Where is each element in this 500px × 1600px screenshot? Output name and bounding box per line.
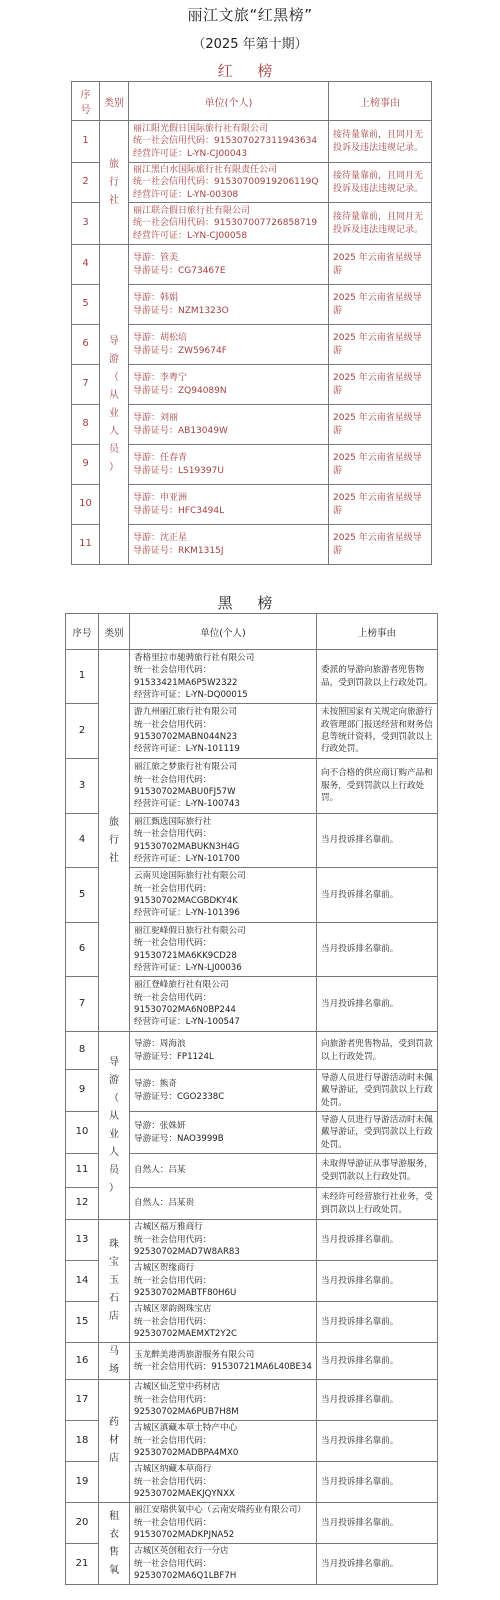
category-char: 人 (99, 1144, 129, 1162)
unit-cell: 古城区滇藏本草土特产中心统一社会信用代码：92530702MADBPA4MX0 (130, 1421, 317, 1462)
reason-cell: 当月投诉排名靠前。 (317, 1503, 438, 1544)
unit-line: 经营许可证：L-YN-101700 (134, 853, 312, 865)
reason-cell: 未取得导游证从事导游服务，受到罚款以上行政处罚。 (317, 1154, 438, 1188)
category-char: 旅 (100, 156, 128, 174)
black-list-table: 序号 类别 单位(个人) 上榜事由 1旅行社香格里拉市驰骋旅行社有限公司统一社会… (65, 613, 438, 1585)
unit-cell: 古城区福万雅商行统一社会信用代码：92530702MAD7W8AR83 (130, 1220, 317, 1261)
row-number: 18 (66, 1421, 99, 1462)
unit-line: 统一社会信用代码：915307007726858719 (133, 217, 324, 230)
reason-cell: 2025 年云南省星级导游 (329, 405, 432, 445)
row-number: 2 (72, 163, 100, 203)
unit-line: 统一社会信用代码： (134, 1275, 312, 1287)
row-number: 8 (72, 405, 100, 445)
unit-line: 91530721MA6KK9CD28 (134, 950, 312, 962)
unit-line: 经营许可证：L-YN-LJ00036 (134, 962, 312, 974)
col-header-category: 类别 (99, 614, 130, 650)
unit-cell: 丽江旅之梦旅行社有限公司统一社会信用代码：91530702MABU0FJ57W经… (130, 759, 317, 814)
row-number: 5 (72, 285, 100, 325)
row-number: 3 (72, 203, 100, 245)
reason-cell: 接待量靠前，且同月无投诉及违法违规记录。 (329, 163, 432, 203)
reason-cell: 当月投诉排名靠前。 (317, 1544, 438, 1585)
unit-line: 经营许可证：L-YN-CJ00058 (133, 230, 324, 243)
row-number: 10 (66, 1112, 99, 1154)
unit-line: 统一社会信用代码： (134, 883, 312, 895)
row-number: 17 (66, 1380, 99, 1421)
reason-cell: 当月投诉排名靠前。 (317, 814, 438, 868)
category-char: ） (99, 1180, 129, 1198)
category-char: 氧 (99, 1562, 129, 1580)
unit-cell: 丽江联合假日旅行社有限公司统一社会信用代码：915307007726858719… (129, 203, 329, 245)
unit-line: 统一社会信用代码： (134, 828, 312, 840)
row-number: 6 (66, 923, 99, 977)
table-row: 20租衣售氧丽江安瑞供氧中心（云南安瑞药业有限公司）统一社会信用代码：91530… (66, 1503, 438, 1544)
category-cell-travel-agency: 旅行社 (99, 650, 130, 1032)
unit-cell: 导游：沈正星导游证号：RKM1315J (129, 525, 329, 565)
unit-line: 导游证号：RKM1315J (133, 545, 324, 558)
category-char: 社 (100, 192, 128, 210)
unit-line: 自然人：吕某贵 (134, 1197, 312, 1209)
unit-line: 导游：管美 (133, 252, 324, 265)
category-char: 珠 (99, 1236, 129, 1254)
unit-line: 丽江旅之梦旅行社有限公司 (134, 761, 312, 773)
category-char: 玉 (99, 1272, 129, 1290)
unit-cell: 导游：任春青导游证号：LS19397U (129, 445, 329, 485)
unit-cell: 自然人：吕某 (130, 1154, 317, 1188)
unit-line: 丽江安瑞供氧中心（云南安瑞药业有限公司） (134, 1504, 312, 1516)
unit-line: 统一社会信用代码： (134, 664, 312, 676)
unit-line: 玉龙醉美港湾旅游服务有限公司 (134, 1349, 312, 1361)
table-row: 17药材店古城区仙芝堂中药材店统一社会信用代码：92530702MA6PUB7H… (66, 1380, 438, 1421)
category-char: 售 (99, 1544, 129, 1562)
unit-line: 古城区仙芝堂中药材店 (134, 1381, 312, 1393)
reason-cell: 2025 年云南省星级导游 (329, 445, 432, 485)
unit-line: 导游证号：FP1124L (134, 1051, 312, 1063)
row-number: 7 (72, 365, 100, 405)
unit-line: 经营许可证：L-YN-DQ00015 (134, 689, 312, 701)
category-char: 导 (99, 1054, 129, 1072)
unit-line: 经营许可证：L-YN-00308 (133, 189, 324, 202)
unit-cell: 古城区仙芝堂中药材店统一社会信用代码：92530702MA6PUB7H8M (130, 1380, 317, 1421)
unit-line: 经营许可证：L-YN-CJ00043 (133, 148, 324, 161)
row-number: 1 (72, 121, 100, 163)
category-char: 业 (100, 405, 128, 423)
unit-line: 导游：刘丽 (133, 412, 324, 425)
category-char: 租 (99, 1508, 129, 1526)
category-char: （ (100, 369, 128, 387)
category-char: 员 (100, 441, 128, 459)
unit-cell: 导游：李粤宁导游证号：ZQ94089N (129, 365, 329, 405)
row-number: 13 (66, 1220, 99, 1261)
reason-cell: 当月投诉排名靠前。 (317, 1220, 438, 1261)
unit-line: 云南贝途国际旅行社有限公司 (134, 870, 312, 882)
unit-line: 统一社会信用代码： (134, 937, 312, 949)
unit-line: 丽江阳光假日国际旅行社有限公司 (133, 123, 324, 136)
col-header-reason: 上榜事由 (329, 82, 432, 121)
reason-cell: 2025 年云南省星级导游 (329, 525, 432, 565)
unit-line: 导游证号：NAO3999B (134, 1133, 312, 1145)
unit-line: 91530702MACGBDKY4K (134, 895, 312, 907)
unit-line: 导游：周海浪 (134, 1038, 312, 1050)
unit-cell: 导游：刘丽导游证号：AB13049W (129, 405, 329, 445)
reason-cell: 接待量靠前，且同月无投诉及违法违规记录。 (329, 203, 432, 245)
category-char: 材 (99, 1432, 129, 1450)
unit-cell: 古城区贺缘商行统一社会信用代码：92530702MABTF80H6U (130, 1261, 317, 1302)
unit-line: 古城区滇藏本草土特产中心 (134, 1422, 312, 1434)
reason-cell: 向不合格的供应商订购产品和服务，受到罚款以上行政处罚。 (317, 759, 438, 814)
row-number: 21 (66, 1544, 99, 1585)
col-header-unit: 单位(个人) (129, 82, 329, 121)
reason-cell: 委派的导游向旅游者兜售物品，受到罚款以上行政处罚。 (317, 650, 438, 704)
unit-line: 92530702MADBPA4MX0 (134, 1447, 312, 1459)
unit-line: 丽江黑白水国际旅行社有限责任公司 (133, 164, 324, 177)
unit-line: 92530702MAEMXT2Y2C (134, 1328, 312, 1340)
row-number: 8 (66, 1032, 99, 1070)
unit-cell: 导游：熊奇导游证号：CGO2338C (130, 1070, 317, 1112)
unit-line: 导游：韩娟 (133, 292, 324, 305)
unit-line: 经营许可证：L-YN-100743 (134, 798, 312, 810)
unit-line: 游九州丽江旅行社有限公司 (134, 706, 312, 718)
unit-cell: 古城区翠韵阁珠宝店统一社会信用代码：92530702MAEMXT2Y2C (130, 1302, 317, 1343)
category-char: 场 (99, 1361, 129, 1379)
category-char: 社 (99, 850, 129, 868)
unit-line: 导游证号：HFC3494L (133, 505, 324, 518)
unit-cell: 香格里拉市驰骋旅行社有限公司统一社会信用代码：91533421MA6P5W232… (130, 650, 317, 704)
category-cell-jewelry: 珠宝玉石店 (99, 1220, 130, 1343)
category-char: 宝 (99, 1254, 129, 1272)
row-number: 1 (66, 650, 99, 704)
unit-line: 自然人：吕某 (134, 1164, 312, 1176)
unit-line: 统一社会信用代码：91530700919206119Q (133, 176, 324, 189)
unit-cell: 古城区纳藏本草商行统一社会信用代码：92530702MAEKJQYNXX (130, 1462, 317, 1503)
reason-cell: 2025 年云南省星级导游 (329, 245, 432, 285)
red-list-title: 红 榜 (0, 60, 500, 81)
category-char: 业 (99, 1126, 129, 1144)
category-cell-guide: 导游（从业人员） (99, 1032, 130, 1220)
reason-cell: 2025 年云南省星级导游 (329, 365, 432, 405)
row-number: 19 (66, 1462, 99, 1503)
reason-cell: 当月投诉排名靠前。 (317, 923, 438, 977)
unit-line: 经营许可证：L-YN-101119 (134, 743, 312, 755)
unit-cell: 古城区英创租衣行一分店统一社会信用代码：92530702MA6Q1LBF7H (130, 1544, 317, 1585)
reason-cell: 当月投诉排名靠前。 (317, 1380, 438, 1421)
unit-line: 92530702MA6Q1LBF7H (134, 1570, 312, 1582)
category-char: 衣 (99, 1526, 129, 1544)
unit-cell: 丽江阳光假日国际旅行社有限公司统一社会信用代码：9153070273119436… (129, 121, 329, 163)
row-number: 2 (66, 704, 99, 759)
unit-line: 统一社会信用代码： (134, 1316, 312, 1328)
red-list-table: 序号 类别 单位(个人) 上榜事由 1旅行社丽江阳光假日国际旅行社有限公司统一社… (71, 81, 432, 565)
row-number: 4 (66, 814, 99, 868)
category-char: 药 (99, 1414, 129, 1432)
unit-line: 古城区英创租衣行一分店 (134, 1545, 312, 1557)
table-row: 8导游（从业人员）导游：周海浪导游证号：FP1124L向旅游者兜售物品，受到罚款… (66, 1032, 438, 1070)
reason-cell: 向旅游者兜售物品，受到罚款以上行政处罚。 (317, 1032, 438, 1070)
reason-cell: 2025 年云南省星级导游 (329, 285, 432, 325)
unit-line: 丽江甄选国际旅行社 (134, 816, 312, 828)
unit-line: 导游：熊奇 (134, 1078, 312, 1090)
unit-cell: 云南贝途国际旅行社有限公司统一社会信用代码：91530702MACGBDKY4K… (130, 868, 317, 923)
reason-cell: 导游人员进行导游活动时未佩戴导游证，受到罚款以上行政处罚。 (317, 1112, 438, 1154)
unit-cell: 玉龙醉美港湾旅游服务有限公司统一社会信用代码：91530721MA6L40BE3… (130, 1343, 317, 1380)
reason-cell: 当月投诉排名靠前。 (317, 868, 438, 923)
col-header-unit: 单位(个人) (130, 614, 317, 650)
row-number: 7 (66, 977, 99, 1032)
unit-line: 91530702MADKPJNA52 (134, 1529, 312, 1541)
row-number: 11 (72, 525, 100, 565)
reason-cell: 当月投诉排名靠前。 (317, 1421, 438, 1462)
unit-line: 古城区纳藏本草商行 (134, 1463, 312, 1475)
unit-line: 导游：胡松培 (133, 332, 324, 345)
unit-line: 92530702MAD7W8AR83 (134, 1246, 312, 1258)
table-row: 4导游（从业人员）导游：管美导游证号：CG73467E2025 年云南省星级导游 (72, 245, 432, 285)
row-number: 11 (66, 1154, 99, 1188)
unit-line: 丽江登峰旅行社有限公司 (134, 979, 312, 991)
document-title: 丽江文旅“红黑榜” (0, 4, 500, 25)
row-number: 5 (66, 868, 99, 923)
reason-cell: 2025 年云南省星级导游 (329, 485, 432, 525)
unit-line: 统一社会信用代码：91530721MA6L40BE34 (134, 1361, 312, 1373)
reason-cell: 接待量靠前，且同月无投诉及违法违规记录。 (329, 121, 432, 163)
category-char: 旅 (99, 814, 129, 832)
unit-line: 导游证号：NZM1323O (133, 305, 324, 318)
unit-cell: 导游：管美导游证号：CG73467E (129, 245, 329, 285)
unit-line: 导游：李粤宁 (133, 372, 324, 385)
category-char: （ (99, 1090, 129, 1108)
table-row: 16马场玉龙醉美港湾旅游服务有限公司统一社会信用代码：91530721MA6L4… (66, 1343, 438, 1380)
row-number: 3 (66, 759, 99, 814)
row-number: 20 (66, 1503, 99, 1544)
unit-line: 导游：沈正星 (133, 532, 324, 545)
unit-line: 统一社会信用代码：915307027311943634 (133, 135, 324, 148)
unit-line: 经营许可证：L-YN-101396 (134, 907, 312, 919)
unit-line: 古城区贺缘商行 (134, 1262, 312, 1274)
black-list-title: 黑 榜 (0, 592, 500, 613)
unit-line: 经营许可证：L-YN-100547 (134, 1016, 312, 1028)
row-number: 15 (66, 1302, 99, 1343)
unit-cell: 导游：胡松培导游证号：ZW59674F (129, 325, 329, 365)
category-char: 行 (100, 174, 128, 192)
unit-cell: 导游：张姝妍导游证号：NAO3999B (130, 1112, 317, 1154)
row-number: 12 (66, 1188, 99, 1220)
row-number: 9 (66, 1070, 99, 1112)
category-char: 石 (99, 1290, 129, 1308)
reason-cell: 未按照国家有关规定向旅游行政管理部门报送经营和财务信息等统计资料，受到罚款以上行… (317, 704, 438, 759)
unit-line: 91530702MABU0FJ57W (134, 786, 312, 798)
unit-line: 导游：张姝妍 (134, 1120, 312, 1132)
unit-line: 统一社会信用代码： (134, 1234, 312, 1246)
issue-subtitle: （2025 年第十期） (0, 33, 500, 52)
unit-cell: 丽江甄选国际旅行社统一社会信用代码：91530702MABUKN3H4G经营许可… (130, 814, 317, 868)
row-number: 10 (72, 485, 100, 525)
unit-line: 统一社会信用代码： (134, 774, 312, 786)
reason-cell: 当月投诉排名靠前。 (317, 1302, 438, 1343)
row-number: 9 (72, 445, 100, 485)
unit-line: 统一社会信用代码： (134, 992, 312, 1004)
reason-cell: 导游人员进行导游活动时未佩戴导游证，受到罚款以上行政处罚。 (317, 1070, 438, 1112)
unit-line: 导游：任春青 (133, 452, 324, 465)
unit-line: 导游：申亚洲 (133, 492, 324, 505)
reason-cell: 当月投诉排名靠前。 (317, 1261, 438, 1302)
unit-line: 91530702MA6N0BP244 (134, 1004, 312, 1016)
category-char: 导 (100, 333, 128, 351)
row-number: 6 (72, 325, 100, 365)
category-char: 员 (99, 1162, 129, 1180)
unit-line: 统一社会信用代码： (134, 719, 312, 731)
unit-line: 导游证号：ZW59674F (133, 345, 324, 358)
category-char: 行 (99, 832, 129, 850)
unit-line: 导游证号：LS19397U (133, 465, 324, 478)
col-header-no: 序号 (72, 82, 100, 121)
category-cell-costume-oxygen: 租衣售氧 (99, 1503, 130, 1585)
unit-line: 91530702MABUKN3H4G (134, 841, 312, 853)
unit-line: 导游证号：AB13049W (133, 425, 324, 438)
unit-line: 92530702MABTF80H6U (134, 1287, 312, 1299)
category-char: ） (100, 459, 128, 477)
row-number: 16 (66, 1343, 99, 1380)
unit-cell: 丽江登峰旅行社有限公司统一社会信用代码：91530702MA6N0BP244经营… (130, 977, 317, 1032)
col-header-no: 序号 (66, 614, 99, 650)
category-cell-travel-agency: 旅行社 (100, 121, 129, 245)
reason-cell: 当月投诉排名靠前。 (317, 1343, 438, 1380)
unit-line: 统一社会信用代码： (134, 1558, 312, 1570)
unit-cell: 导游：周海浪导游证号：FP1124L (130, 1032, 317, 1070)
unit-cell: 导游：韩娟导游证号：NZM1323O (129, 285, 329, 325)
table-header-row: 序号 类别 单位(个人) 上榜事由 (72, 82, 432, 121)
table-row: 13珠宝玉石店古城区福万雅商行统一社会信用代码：92530702MAD7W8AR… (66, 1220, 438, 1261)
category-char: 游 (100, 351, 128, 369)
table-header-row: 序号 类别 单位(个人) 上榜事由 (66, 614, 438, 650)
table-row: 1旅行社丽江阳光假日国际旅行社有限公司统一社会信用代码：915307027311… (72, 121, 432, 163)
row-number: 14 (66, 1261, 99, 1302)
unit-line: 91533421MA6P5W2322 (134, 677, 312, 689)
unit-line: 统一社会信用代码： (134, 1435, 312, 1447)
unit-cell: 游九州丽江旅行社有限公司统一社会信用代码：91530702MABN044N23经… (130, 704, 317, 759)
unit-line: 统一社会信用代码： (134, 1394, 312, 1406)
col-header-reason: 上榜事由 (317, 614, 438, 650)
unit-cell: 导游：申亚洲导游证号：HFC3494L (129, 485, 329, 525)
category-char: 从 (100, 387, 128, 405)
category-char: 马 (99, 1343, 129, 1361)
reason-cell: 当月投诉排名靠前。 (317, 1462, 438, 1503)
unit-line: 导游证号：ZQ94089N (133, 385, 324, 398)
unit-line: 91530702MABN044N23 (134, 731, 312, 743)
unit-line: 导游证号：CGO2338C (134, 1091, 312, 1103)
row-number: 4 (72, 245, 100, 285)
reason-cell: 未经许可经营旅行社业务，受到罚款以上行政处罚。 (317, 1188, 438, 1220)
unit-cell: 丽江黑白水国际旅行社有限责任公司统一社会信用代码：915307009192061… (129, 163, 329, 203)
unit-line: 导游证号：CG73467E (133, 265, 324, 278)
category-char: 从 (99, 1108, 129, 1126)
category-char: 店 (99, 1308, 129, 1326)
unit-line: 丽江联合假日旅行社有限公司 (133, 205, 324, 218)
category-cell-guide: 导游（从业人员） (100, 245, 129, 565)
unit-cell: 丽江安瑞供氧中心（云南安瑞药业有限公司）统一社会信用代码：91530702MAD… (130, 1503, 317, 1544)
unit-line: 香格里拉市驰骋旅行社有限公司 (134, 652, 312, 664)
col-header-category: 类别 (100, 82, 129, 121)
unit-line: 古城区翠韵阁珠宝店 (134, 1303, 312, 1315)
unit-cell: 自然人：吕某贵 (130, 1188, 317, 1220)
reason-cell: 当月投诉排名靠前。 (317, 977, 438, 1032)
unit-line: 统一社会信用代码： (134, 1517, 312, 1529)
category-char: 人 (100, 423, 128, 441)
category-cell-herb-store: 药材店 (99, 1380, 130, 1503)
unit-line: 丽江驼峰假日旅行社有限公司 (134, 925, 312, 937)
unit-line: 92530702MAEKJQYNXX (134, 1488, 312, 1500)
category-char: 游 (99, 1072, 129, 1090)
unit-cell: 丽江驼峰假日旅行社有限公司统一社会信用代码：91530721MA6KK9CD28… (130, 923, 317, 977)
table-row: 1旅行社香格里拉市驰骋旅行社有限公司统一社会信用代码：91533421MA6P5… (66, 650, 438, 704)
category-cell-horse-farm: 马场 (99, 1343, 130, 1380)
category-char: 店 (99, 1450, 129, 1468)
unit-line: 古城区福万雅商行 (134, 1221, 312, 1233)
reason-cell: 2025 年云南省星级导游 (329, 325, 432, 365)
unit-line: 统一社会信用代码： (134, 1476, 312, 1488)
unit-line: 92530702MA6PUB7H8M (134, 1406, 312, 1418)
